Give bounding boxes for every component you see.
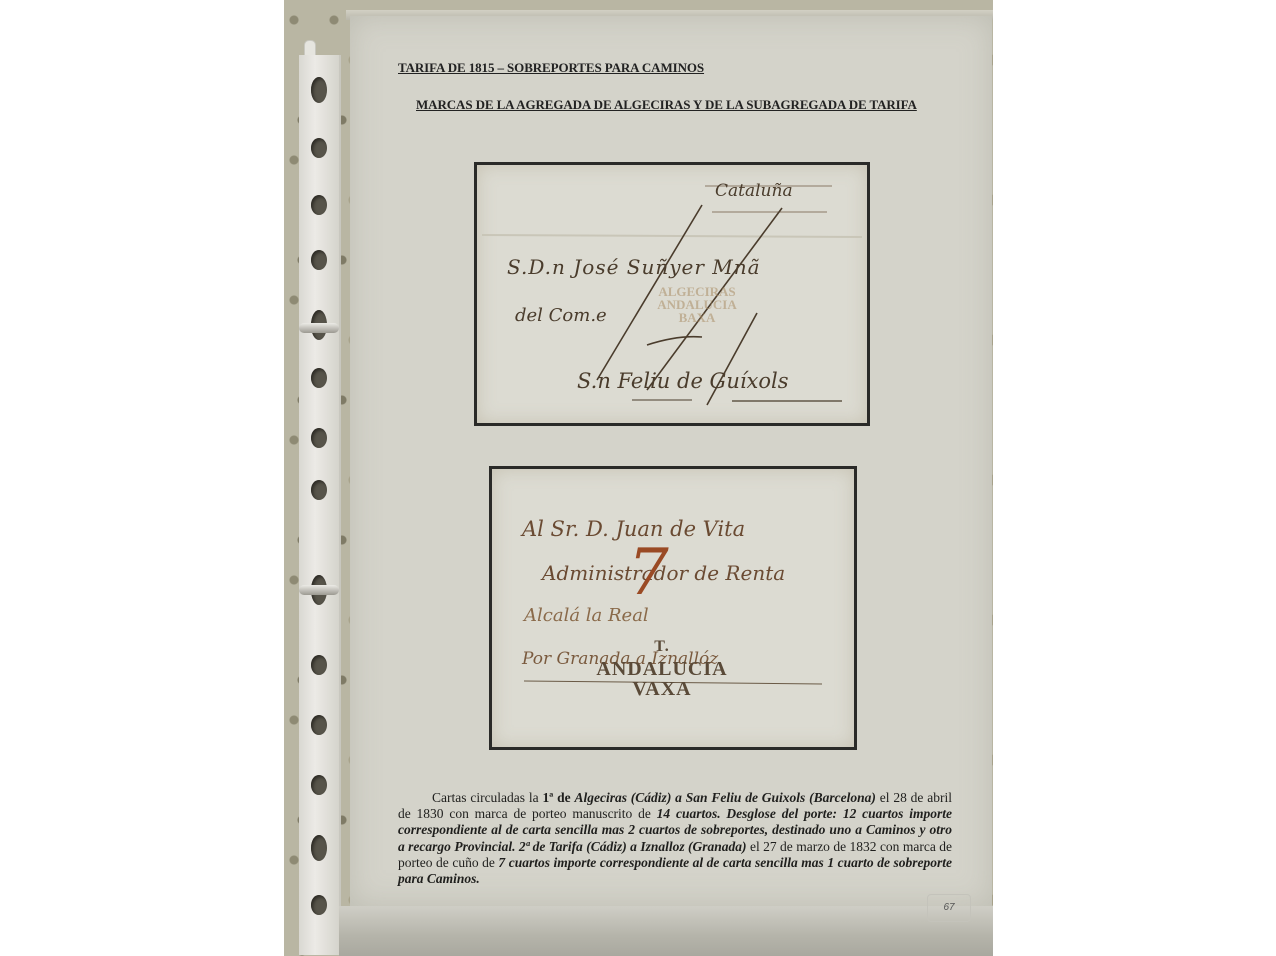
strip-hole bbox=[311, 138, 327, 158]
cover-algeciras-1830: Cataluña S.D.n José Suñyer Mnã del Com.e… bbox=[474, 162, 870, 426]
rate-mark-7: 7 bbox=[628, 541, 669, 605]
strip-hole bbox=[311, 835, 327, 861]
address-line: S.D.n José Suñyer Mnã bbox=[507, 255, 761, 279]
postmark-andalucia-vaxa: T. ANDALUCIA VAXA bbox=[582, 639, 742, 699]
sleeve-punched-strip bbox=[299, 55, 341, 955]
binder-ring bbox=[299, 323, 339, 333]
strip-hole bbox=[311, 195, 327, 215]
address-line: del Com.e bbox=[515, 305, 607, 326]
binder-ring bbox=[299, 585, 339, 595]
postmark-algeciras: ALGECIRAS ANDALUCIA BAXA bbox=[642, 285, 752, 324]
page-number: 67 bbox=[927, 894, 971, 922]
address-line: S.n Feliu de Guíxols bbox=[577, 369, 789, 393]
page-header-title: TARIFA DE 1815 – SOBREPORTES PARA CAMINO… bbox=[398, 60, 704, 76]
strip-hole bbox=[311, 715, 327, 735]
strip-hole bbox=[311, 77, 327, 103]
strip-hole bbox=[311, 250, 327, 270]
page-subtitle: MARCAS DE LA AGREGADA DE ALGECIRAS Y DE … bbox=[416, 97, 917, 113]
description-caption: Cartas circuladas la 1ª de Algeciras (Cá… bbox=[398, 790, 952, 887]
strip-hole bbox=[311, 775, 327, 795]
route-marking: Cataluña bbox=[715, 181, 793, 201]
cover-tarifa-1832: Al Sr. D. Juan de Vita Administrador de … bbox=[489, 466, 857, 750]
album-page bbox=[350, 16, 992, 906]
sleeve-bottom-edge bbox=[339, 906, 993, 956]
strip-hole bbox=[311, 428, 327, 448]
strip-hole bbox=[311, 895, 327, 915]
strip-hole bbox=[311, 368, 327, 388]
strip-hole bbox=[311, 480, 327, 500]
strip-hole bbox=[311, 655, 327, 675]
